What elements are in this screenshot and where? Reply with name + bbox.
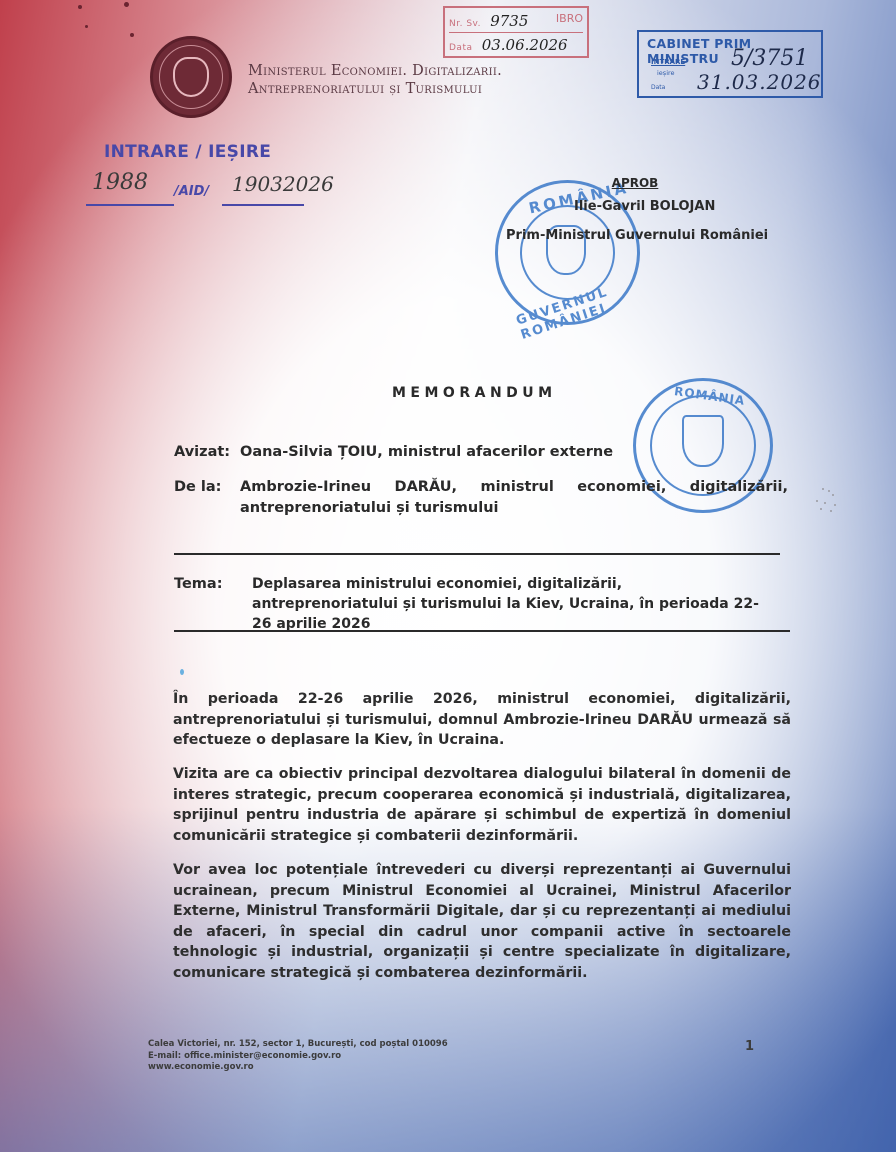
footer-website: www.economie.gov.ro bbox=[148, 1062, 448, 1074]
cabinet-exit-label: ieșire bbox=[657, 69, 675, 77]
registration-number-row: Nr. Sv. 9735 IBRO bbox=[449, 12, 583, 33]
de-la-value-line2: antreprenoriatului și turismului bbox=[240, 500, 499, 516]
ink-speck bbox=[85, 25, 88, 28]
registration-date-value: 03.06.2026 bbox=[482, 36, 568, 54]
approval-name: Ilie-Gavril BOLOJAN bbox=[574, 199, 715, 214]
cabinet-entry-label: INTRARE bbox=[651, 58, 685, 66]
tema-label: Tema: bbox=[174, 576, 223, 592]
body-paragraph: Vizita are ca obiectiv principal dezvolt… bbox=[173, 764, 791, 846]
cabinet-number-value: 5/3751 bbox=[731, 46, 808, 71]
ministry-seal-icon bbox=[150, 36, 232, 118]
body-paragraph: În perioada 22-26 aprilie 2026, ministru… bbox=[173, 689, 791, 751]
page-number: 1 bbox=[745, 1039, 754, 1054]
memorandum-document: Ministerul Economiei. Digitalizarii. Ant… bbox=[0, 0, 896, 1152]
scan-smudge bbox=[812, 486, 842, 516]
cabinet-date-label: Data bbox=[651, 84, 665, 91]
avizat-label: Avizat: bbox=[174, 444, 230, 460]
footer-email: E-mail: office.minister@economie.gov.ro bbox=[148, 1051, 448, 1063]
registration-date-row: Data 03.06.2026 bbox=[449, 36, 583, 54]
underline bbox=[222, 204, 304, 206]
cabinet-date-value: 31.03.2026 bbox=[697, 70, 822, 94]
coat-of-arms-icon bbox=[682, 415, 724, 467]
divider bbox=[174, 630, 790, 632]
ink-speck bbox=[124, 2, 129, 7]
intrare-iesire-record: 1988 /AID/ 19032026 bbox=[86, 168, 366, 208]
memorandum-title: MEMORANDUM bbox=[392, 385, 557, 401]
ministry-name: Ministerul Economiei. Digitalizarii. Ant… bbox=[248, 62, 502, 98]
ministry-name-line1: Ministerul Economiei. Digitalizarii. bbox=[248, 62, 502, 80]
cabinet-stamp: CABINET PRIM MINISTRU INTRARE ieșire Dat… bbox=[637, 30, 823, 98]
body-paragraph: Vor avea loc potențiale întrevederi cu d… bbox=[173, 860, 791, 983]
intrare-date: 19032026 bbox=[232, 172, 334, 196]
ink-dot bbox=[180, 669, 184, 675]
approval-block: APROB bbox=[560, 172, 710, 191]
ink-speck bbox=[130, 33, 134, 37]
registration-date-label: Data bbox=[449, 43, 473, 53]
approval-label: APROB bbox=[612, 176, 659, 190]
de-la-value-line1: Ambrozie-Irineu DARĂU, ministrul economi… bbox=[240, 479, 788, 495]
intrare-iesire-title: INTRARE / IEȘIRE bbox=[104, 142, 271, 162]
registration-number-label: Nr. Sv. bbox=[449, 19, 481, 29]
footer-contact: Calea Victoriei, nr. 152, sector 1, Bucu… bbox=[148, 1039, 448, 1074]
approval-role: Prim-Ministrul Guvernului României bbox=[506, 228, 768, 243]
de-la-label: De la: bbox=[174, 479, 221, 495]
underline bbox=[86, 204, 174, 206]
intrare-separator: /AID/ bbox=[174, 184, 209, 199]
ministry-name-line2: Antreprenoriatului și Turismului bbox=[248, 80, 502, 98]
tema-value: Deplasarea ministrului economiei, digita… bbox=[252, 574, 772, 634]
intrare-number: 1988 bbox=[92, 170, 148, 195]
seal-ring bbox=[159, 45, 223, 109]
divider bbox=[174, 553, 780, 555]
footer-address: Calea Victoriei, nr. 152, sector 1, Bucu… bbox=[148, 1039, 448, 1051]
registration-number-value: 9735 bbox=[490, 12, 528, 30]
registration-suffix: IBRO bbox=[556, 12, 583, 25]
registration-stamp: Nr. Sv. 9735 IBRO Data 03.06.2026 bbox=[443, 6, 589, 58]
avizat-value: Oana-Silvia ȚOIU, ministrul afacerilor e… bbox=[240, 444, 613, 460]
ink-speck bbox=[78, 5, 82, 9]
